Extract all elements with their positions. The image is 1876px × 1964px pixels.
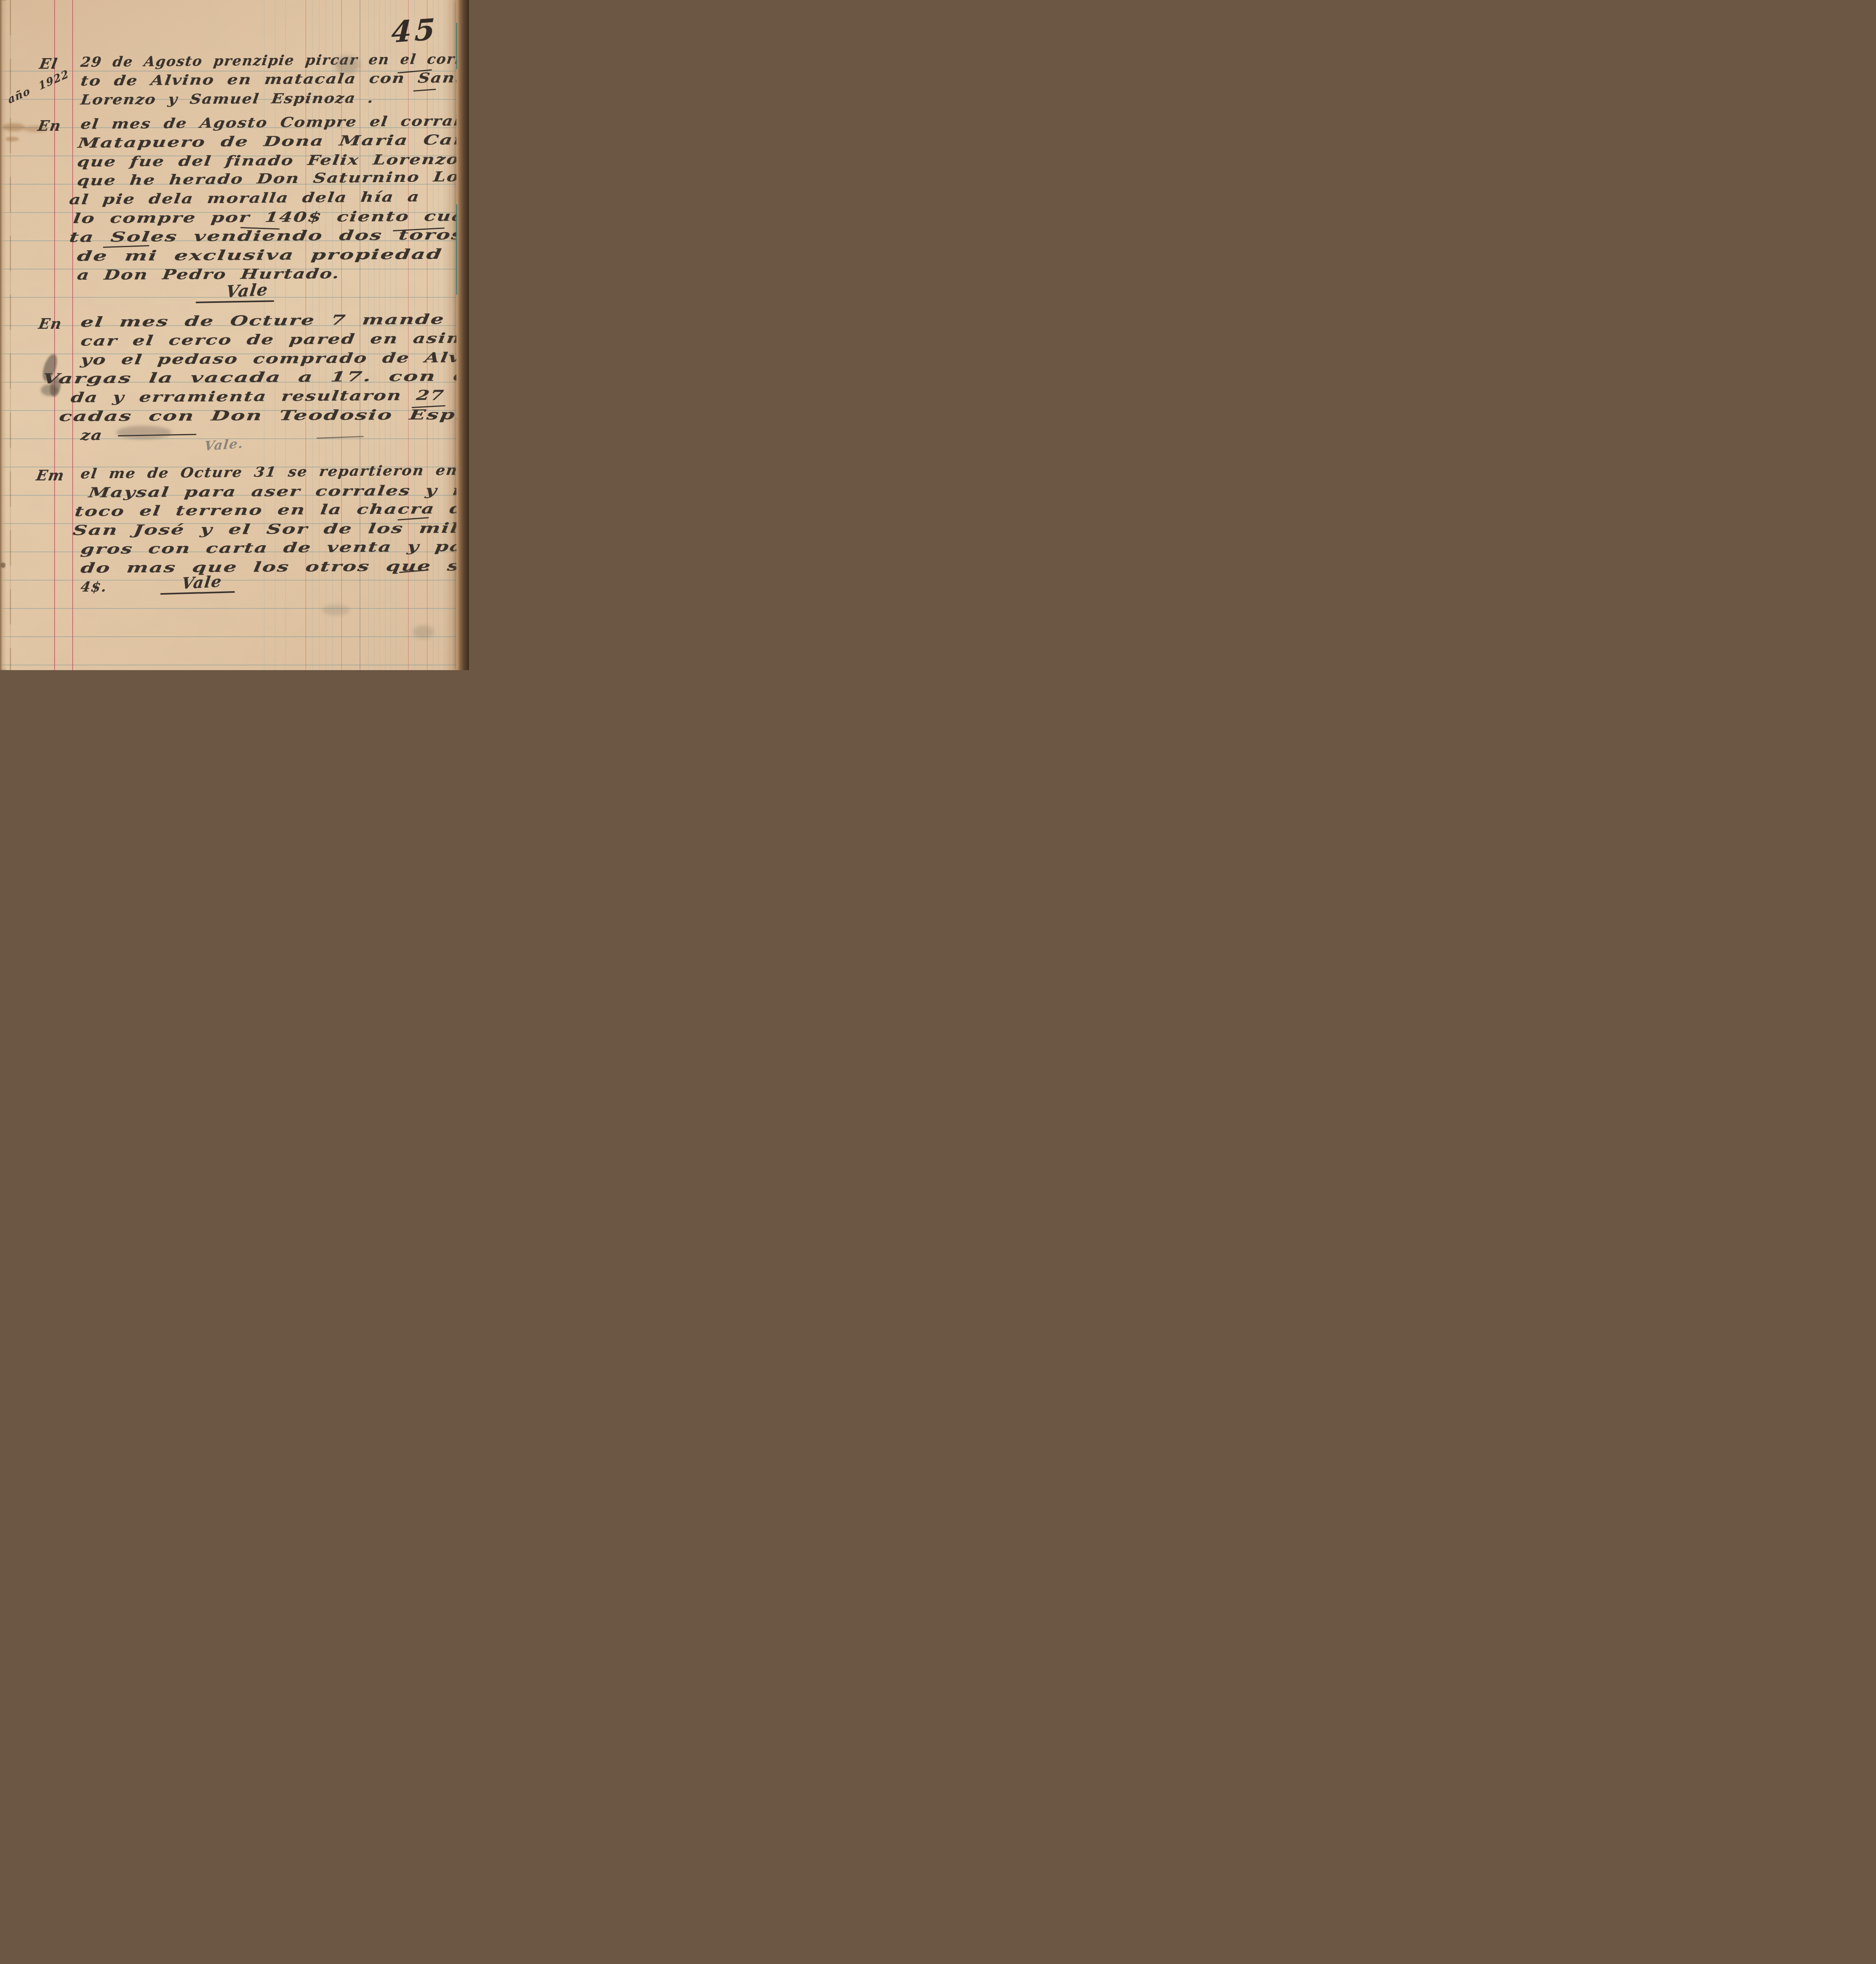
book-binding-edge bbox=[456, 0, 469, 670]
entry-lead: El bbox=[38, 55, 59, 72]
handwritten-line: 29 de Agosto prenzipie pircar en el corr… bbox=[80, 51, 469, 70]
ledger-page: 45 año 1922 El 29 de Agosto prenzipie pi… bbox=[0, 0, 469, 670]
handwritten-line: Maysal para aser corrales y me bbox=[88, 482, 469, 501]
handwritten-line: el mes de Octure 7 mande pir bbox=[80, 311, 469, 330]
handwritten-line: da y erramienta resultaron 27 va bbox=[70, 387, 469, 406]
handwritten-line: al pie dela moralla dela hía a bbox=[68, 189, 421, 208]
handwritten-line: toco el terreno en la chacra de bbox=[74, 500, 469, 520]
handwritten-line: yo el pedaso comprado de Alvino bbox=[80, 349, 469, 368]
handwritten-line: gros con carta de venta y paga bbox=[80, 538, 469, 557]
vale-mark: Vale. bbox=[203, 436, 244, 454]
entry-lead: Em bbox=[35, 467, 66, 484]
handwritten-line: Vargas la vacada a 17. con comi bbox=[42, 368, 469, 387]
stain bbox=[2, 123, 25, 131]
handwritten-line: do mas que los otros que son bbox=[80, 558, 469, 576]
stain bbox=[1, 562, 5, 568]
vale-mark: Vale bbox=[225, 280, 270, 301]
handwritten-line: de mi exclusiva propiedad bbox=[76, 246, 444, 264]
worn-left-paper-edge bbox=[0, 0, 6, 670]
left-margin-rule bbox=[54, 0, 55, 670]
handwritten-line: cadas con Don Teodosio Espino bbox=[58, 407, 469, 425]
handwritten-line: 4$. bbox=[80, 579, 108, 595]
underlying-page-sliver bbox=[456, 23, 457, 69]
handwritten-line: car el cerco de pared en asima bbox=[80, 330, 469, 349]
page-number: 45 bbox=[391, 12, 439, 49]
handwritten-line: el mes de Agosto Compre el corral de bbox=[80, 113, 469, 132]
underlying-page-sliver bbox=[456, 204, 457, 295]
handwritten-line: lo compre por 140$ ciento cuaren bbox=[72, 208, 469, 227]
handwritten-line: Lorenzo y Samuel Espinoza . bbox=[80, 90, 375, 108]
entry-lead: En bbox=[37, 117, 63, 134]
handwritten-line: que fue del finado Felix Lorenzo bbox=[76, 151, 460, 170]
left-margin-rule bbox=[72, 0, 73, 670]
vale-mark: Vale bbox=[181, 572, 224, 593]
entry-lead: En bbox=[37, 315, 64, 332]
handwritten-line: a Don Pedro Hurtado. bbox=[76, 266, 341, 283]
handwritten-line: to de Alvino en matacala con Santos bbox=[80, 70, 469, 89]
handwritten-line: San José y el Sor de los mila bbox=[72, 520, 469, 539]
stain bbox=[5, 137, 19, 141]
handwritten-line: za bbox=[80, 427, 104, 443]
